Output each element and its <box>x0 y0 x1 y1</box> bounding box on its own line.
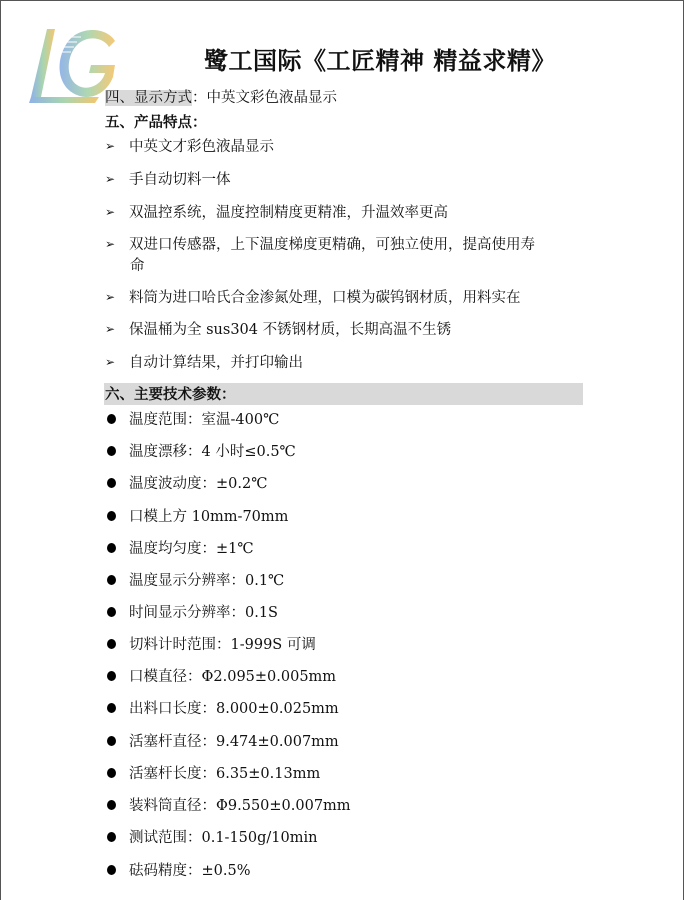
feature-item: ➢双温控系统，温度控制精度更精准，升温效率更高 <box>105 204 448 222</box>
spec-item: 口模直径：Φ2.095±0.005mm <box>105 668 336 686</box>
arrow-bullet-icon: ➢ <box>105 172 115 186</box>
feature-item: ➢中英文才彩色液晶显示 <box>105 138 274 156</box>
spec-text: 装料筒直径：Φ9.550±0.007mm <box>129 798 351 814</box>
spec-item: 温度范围：室温-400℃ <box>105 411 279 429</box>
round-bullet-icon <box>107 832 116 842</box>
spec-text: 口模上方 10mm-70mm <box>129 509 288 525</box>
spec-item: 活塞杆直径：9.474±0.007mm <box>105 733 339 751</box>
round-bullet-icon <box>107 575 116 585</box>
spec-item: 温度漂移：4 小时≤0.5℃ <box>105 443 296 461</box>
feature-text: 手自动切料一体 <box>129 172 231 188</box>
round-bullet-icon <box>107 736 116 746</box>
spec-item: 温度波动度：±0.2℃ <box>105 475 267 493</box>
spec-item: 测试范围：0.1-150g/10min <box>105 829 317 847</box>
spec-text: 温度漂移：4 小时≤0.5℃ <box>129 444 296 460</box>
round-bullet-icon <box>107 639 116 649</box>
spec-text: 出料口长度：8.000±0.025mm <box>129 701 339 717</box>
feature-item: ➢自动计算结果，并打印输出 <box>105 354 303 372</box>
spec-text: 温度均匀度：±1℃ <box>129 541 254 557</box>
feature-text: 双进口传感器，上下温度梯度更精确，可独立使用，提高使用寿 <box>129 237 535 253</box>
round-bullet-icon <box>107 607 116 617</box>
round-bullet-icon <box>107 446 116 456</box>
round-bullet-icon <box>107 511 116 521</box>
round-bullet-icon <box>107 543 116 553</box>
spec-item: 出料口长度：8.000±0.025mm <box>105 700 339 718</box>
spec-text: 砝码精度：±0.5% <box>129 863 251 879</box>
arrow-bullet-icon: ➢ <box>105 355 115 369</box>
spec-item: 温度显示分辨率：0.1℃ <box>105 572 284 590</box>
feature-text: 中英文才彩色液晶显示 <box>129 139 274 155</box>
document-page: 鹭工国际《工匠精神 精益求精》 四、显示方式：中英文彩色液晶显示 五、产品特点：… <box>0 0 684 900</box>
round-bullet-icon <box>107 671 116 681</box>
round-bullet-icon <box>107 800 116 810</box>
feature-text: 自动计算结果，并打印输出 <box>129 355 303 371</box>
colon: ： <box>192 90 207 106</box>
spec-text: 切料计时范围：1-999S 可调 <box>129 637 316 653</box>
spec-item: 口模上方 10mm-70mm <box>105 508 288 526</box>
feature-item: ➢保温桶为全 sus304 不锈钢材质，长期高温不生锈 <box>105 321 451 339</box>
spec-text: 温度显示分辨率：0.1℃ <box>129 573 284 589</box>
feature-text: 双温控系统，温度控制精度更精准，升温效率更高 <box>129 205 448 221</box>
section-heading: 四、显示方式 <box>105 90 192 106</box>
arrow-bullet-icon: ➢ <box>105 290 115 304</box>
spec-text: 测试范围：0.1-150g/10min <box>129 830 317 846</box>
feature-item: ➢双进口传感器，上下温度梯度更精确，可独立使用，提高使用寿 <box>105 236 535 254</box>
round-bullet-icon <box>107 478 116 488</box>
round-bullet-icon <box>107 865 116 875</box>
arrow-bullet-icon: ➢ <box>105 322 115 336</box>
spec-text: 时间显示分辨率：0.1S <box>129 605 278 621</box>
feature-text: 保温桶为全 sus304 不锈钢材质，长期高温不生锈 <box>129 322 451 338</box>
arrow-bullet-icon: ➢ <box>105 205 115 219</box>
spec-text: 活塞杆直径：9.474±0.007mm <box>129 734 339 750</box>
round-bullet-icon <box>107 768 116 778</box>
feature-item: ➢手自动切料一体 <box>105 171 231 189</box>
section-display-mode: 四、显示方式：中英文彩色液晶显示 <box>105 89 337 107</box>
spec-item: 切料计时范围：1-999S 可调 <box>105 636 316 654</box>
feature-text: 料筒为进口哈氏合金渗氮处理，口模为碳钨钢材质，用料实在 <box>129 290 521 306</box>
spec-text: 温度范围：室温-400℃ <box>129 412 279 428</box>
feature-item: ➢料筒为进口哈氏合金渗氮处理，口模为碳钨钢材质，用料实在 <box>105 289 521 307</box>
arrow-bullet-icon: ➢ <box>105 237 115 251</box>
feature-text-continuation: 命 <box>130 257 145 275</box>
spec-item: 砝码精度：±0.5% <box>105 862 251 880</box>
spec-item: 活塞杆长度：6.35±0.13mm <box>105 765 320 783</box>
arrow-bullet-icon: ➢ <box>105 139 115 153</box>
spec-text: 活塞杆长度：6.35±0.13mm <box>129 766 320 782</box>
document-title: 鹭工国际《工匠精神 精益求精》 <box>204 41 556 76</box>
section-heading-specs: 六、主要技术参数： <box>105 386 236 404</box>
round-bullet-icon <box>107 703 116 713</box>
spec-text: 温度波动度：±0.2℃ <box>129 476 267 492</box>
spec-text: 口模直径：Φ2.095±0.005mm <box>129 669 336 685</box>
section-heading-features: 五、产品特点： <box>105 114 207 132</box>
section-value: 中英文彩色液晶显示 <box>207 90 338 106</box>
round-bullet-icon <box>107 414 116 424</box>
spec-item: 装料筒直径：Φ9.550±0.007mm <box>105 797 351 815</box>
spec-item: 温度均匀度：±1℃ <box>105 540 254 558</box>
spec-item: 时间显示分辨率：0.1S <box>105 604 278 622</box>
